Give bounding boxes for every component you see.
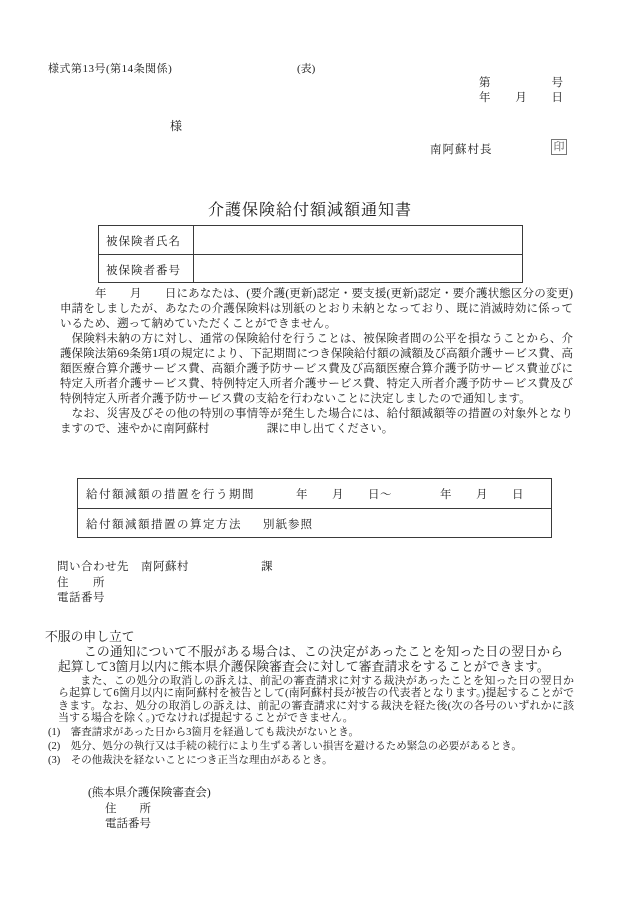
appeal-item-2: (2) 処分、処分の執行又は手続の続行により生ずる著しい損害を避けるため緊急の必… [48,740,575,754]
insured-name-value [194,226,522,254]
appeal-section: 不服の申し立て この通知について不服がある場合は、この決定があったことを知った日… [45,626,575,768]
insured-name-label: 被保険者氏名 [99,226,194,254]
contact-address-label: 住 所 [57,576,273,592]
seal-stamp: 印 [551,139,567,155]
appeal-item-1: (1) 審査請求があった日から3箇月を経過しても裁決がないとき。 [48,726,575,740]
front-side-label: (表) [297,60,315,76]
mayor-name: 南阿蘇村長 [430,141,493,157]
insured-person-table: 被保険者氏名 被保険者番号 [98,225,523,283]
insured-name-row: 被保険者氏名 [99,226,522,254]
number-prefix: 第 [479,74,491,90]
contact-office-line: 問い合わせ先 南阿蘇村 課 [57,560,273,576]
date-day-label: 日 [552,89,564,105]
measure-period-row: 給付額減額の措置を行う期間 年 月 日～ 年 月 日 [78,479,551,508]
committee-phone-label: 電話番号 [105,817,211,833]
page-title: 介護保険給付額減額通知書 [0,197,620,220]
calculation-method-value: 別紙参照 [263,516,313,532]
appeal-item-list: (1) 審査請求があった日から3箇月を経過しても裁決がないとき。 (2) 処分、… [48,726,575,769]
appeal-paragraph-lawsuit: また、この処分の取消しの訴えは、前記の審査請求に対する裁決があったことを知った日… [58,675,574,725]
calculation-method-row: 給付額減額措置の算定方法 別紙参照 [78,508,551,537]
addressee-honorific: 様 [170,117,182,134]
contact-phone-label: 電話番号 [57,591,273,607]
form-number-label: 様式第13号(第14条関係) [48,60,172,76]
date-month-label: 月 [515,89,527,105]
appeal-paragraph-request: この通知について不服がある場合は、この決定があったことを知った日の翌日から起算し… [58,645,563,675]
number-suffix: 号 [552,74,564,90]
insured-number-row: 被保険者番号 [99,254,522,282]
body-paragraph-exception: なお、災害及びその他の特別の事情等が発生した場合には、給付額減額等の措置の対象外… [60,407,573,437]
committee-address-label: 住 所 [105,802,211,818]
notice-body: 年 月 日にあなたは、(要介護(更新)認定・要支援(更新)認定・要介護状態区分の… [60,287,573,437]
insured-number-value [194,255,522,282]
measure-period-label: 給付額減額の措置を行う期間 [86,486,255,502]
body-paragraph-decision: 保険料未納の方に対し、通常の保険給付を行うことは、被保険者間の公平を損なうことか… [60,332,573,407]
review-committee-block: (熊本県介護保険審査会) 住 所 電話番号 [88,786,211,833]
contact-block: 問い合わせ先 南阿蘇村 課 住 所 電話番号 [57,560,273,607]
appeal-item-3: (3) その他裁決を経ないことにつき正当な理由があるとき。 [48,754,575,768]
committee-name: (熊本県介護保険審査会) [88,786,211,802]
insured-number-label: 被保険者番号 [99,255,194,282]
appeal-heading: 不服の申し立て [45,626,575,645]
body-paragraph-application: 年 月 日にあなたは、(要介護(更新)認定・要支援(更新)認定・要介護状態区分の… [60,287,573,332]
reduction-measure-table: 給付額減額の措置を行う期間 年 月 日～ 年 月 日 給付額減額措置の算定方法 … [77,478,552,538]
issue-date-line: 年 月 日 [479,89,563,105]
date-year-label: 年 [479,89,491,105]
calculation-method-label: 給付額減額措置の算定方法 [86,516,242,532]
document-number-line: 第 号 [479,74,563,90]
document-page: 様式第13号(第14条関係) (表) 第 号 年 月 日 様 南阿蘇村長 印 介… [0,0,630,903]
measure-period-value: 年 月 日～ 年 月 日 [296,486,524,502]
